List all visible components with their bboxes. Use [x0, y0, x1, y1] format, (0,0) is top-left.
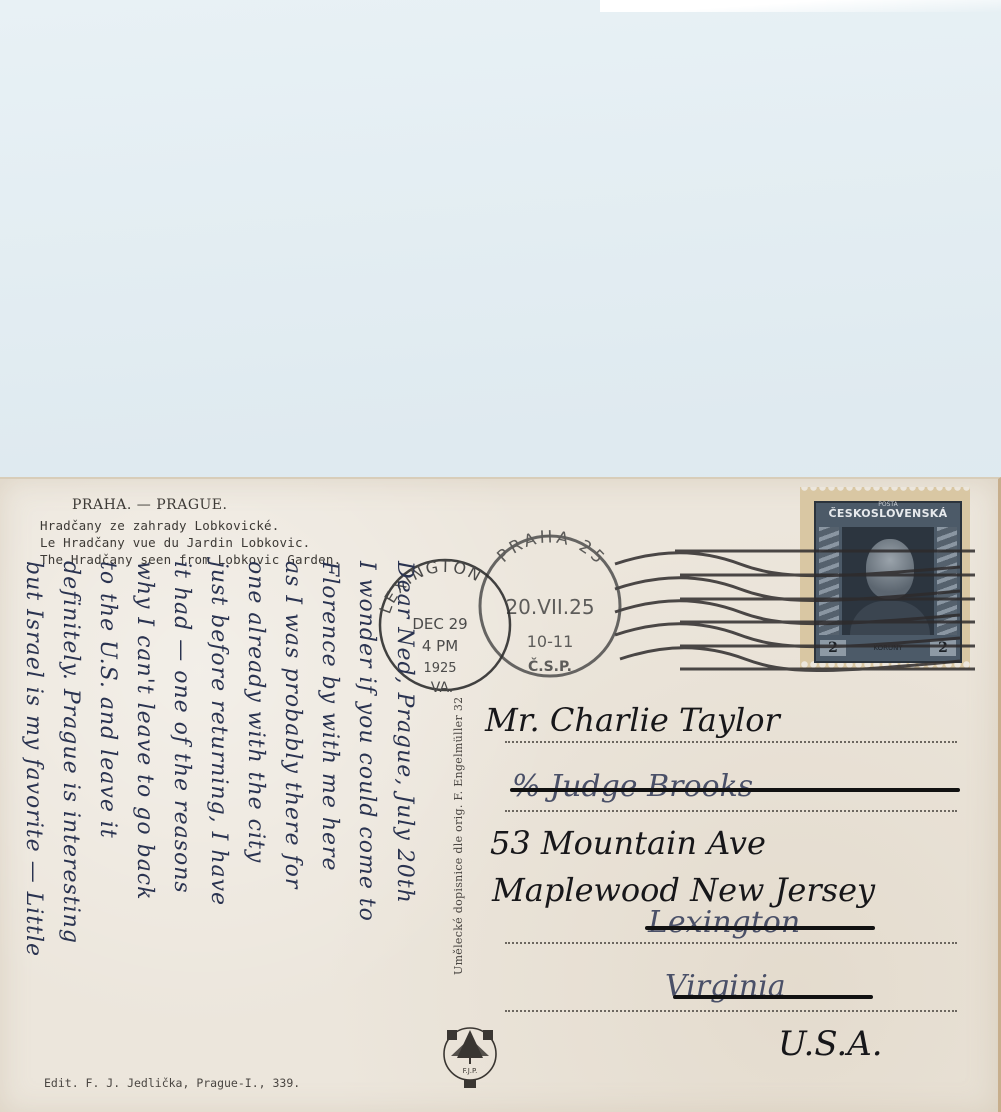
stamp-frame: POŠTA ČESKOSLOVENSKÁ 2 KORUNY 2 [814, 501, 962, 663]
message-line: Florence by with me here [317, 561, 342, 872]
stamp-currency: KORUNY [873, 644, 902, 652]
artist-credit-vertical: Umělecké dopisnice dle orig. F. Engelmül… [452, 697, 465, 975]
address-rule-1 [505, 741, 957, 743]
portrait-face-icon [866, 539, 914, 599]
caption-line-french: Le Hradčany vue du Jardin Lobkovic. [40, 534, 341, 551]
message-line: as I was probably there for [280, 561, 305, 889]
svg-text:Č.S.P.: Č.S.P. [528, 657, 572, 675]
laurel-left-icon [819, 527, 839, 635]
laurel-right-icon [937, 527, 957, 635]
address-rule-3 [505, 942, 957, 944]
svg-text:20.VII.25: 20.VII.25 [505, 595, 594, 619]
strikethrough-line [645, 926, 875, 930]
message-line: it had — one of the reasons [169, 561, 194, 894]
stamp-country: ČESKOSLOVENSKÁ [816, 507, 960, 520]
address-country: U.S.A. [778, 1024, 883, 1064]
stamp-denomination-row: 2 KORUNY 2 [816, 637, 960, 659]
stamp-portrait [842, 527, 934, 635]
postage-stamp: POŠTA ČESKOSLOVENSKÁ 2 KORUNY 2 [800, 487, 970, 669]
message-line: why I can't leave to go back [132, 561, 157, 900]
strikethrough-line [673, 995, 873, 999]
message-line: definitely. Prague is interesting [58, 561, 83, 944]
address-street: 53 Mountain Ave [490, 824, 766, 862]
message-line: to the U.S. and leave it [95, 561, 120, 839]
svg-text:F.J.P.: F.J.P. [463, 1067, 478, 1075]
address-rule-4 [505, 1010, 957, 1012]
svg-text:10-11: 10-11 [527, 632, 574, 651]
portrait-shoulders-icon [850, 601, 930, 635]
fir-tree-emblem-icon: F.J.P. [437, 1024, 503, 1090]
address-old-city-struck: Lexington [648, 905, 800, 940]
scanner-background-edge [600, 0, 1001, 12]
handwritten-message: Dear Ned, Prague, July 20th I wonder if … [12, 561, 432, 1101]
printed-caption: PRAHA. — PRAGUE. Hradčany ze zahrady Lob… [40, 497, 341, 568]
message-line: one already with the city [243, 561, 268, 863]
svg-text:VA.: VA. [431, 680, 453, 696]
address-city-state: Maplewood New Jersey [492, 871, 875, 909]
address-recipient: Mr. Charlie Taylor [485, 701, 780, 739]
caption-line-czech: Hradčany ze zahrady Lobkovické. [40, 517, 341, 534]
message-line: just before returning, I have [206, 561, 231, 906]
stamp-value-right: 2 [930, 640, 956, 656]
address-rule-2 [505, 810, 957, 812]
message-line: Dear Ned, Prague, July 20th [392, 561, 417, 904]
postcard-back: PRAHA. — PRAGUE. Hradčany ze zahrady Lob… [0, 477, 1001, 1112]
caption-title: PRAHA. — PRAGUE. [72, 497, 341, 513]
address-care-of-struck: % Judge Brooks [512, 769, 753, 804]
svg-text:PRAHA 25: PRAHA 25 [493, 527, 610, 569]
message-line: but Israel is my favorite — Little [21, 561, 46, 957]
stamp-value-left: 2 [820, 640, 846, 656]
strikethrough-line [510, 788, 960, 792]
praha-postmark: PRAHA 25 20.VII.25 10-11 Č.S.P. [480, 527, 620, 676]
message-line: I wonder if you could come to [354, 561, 379, 922]
